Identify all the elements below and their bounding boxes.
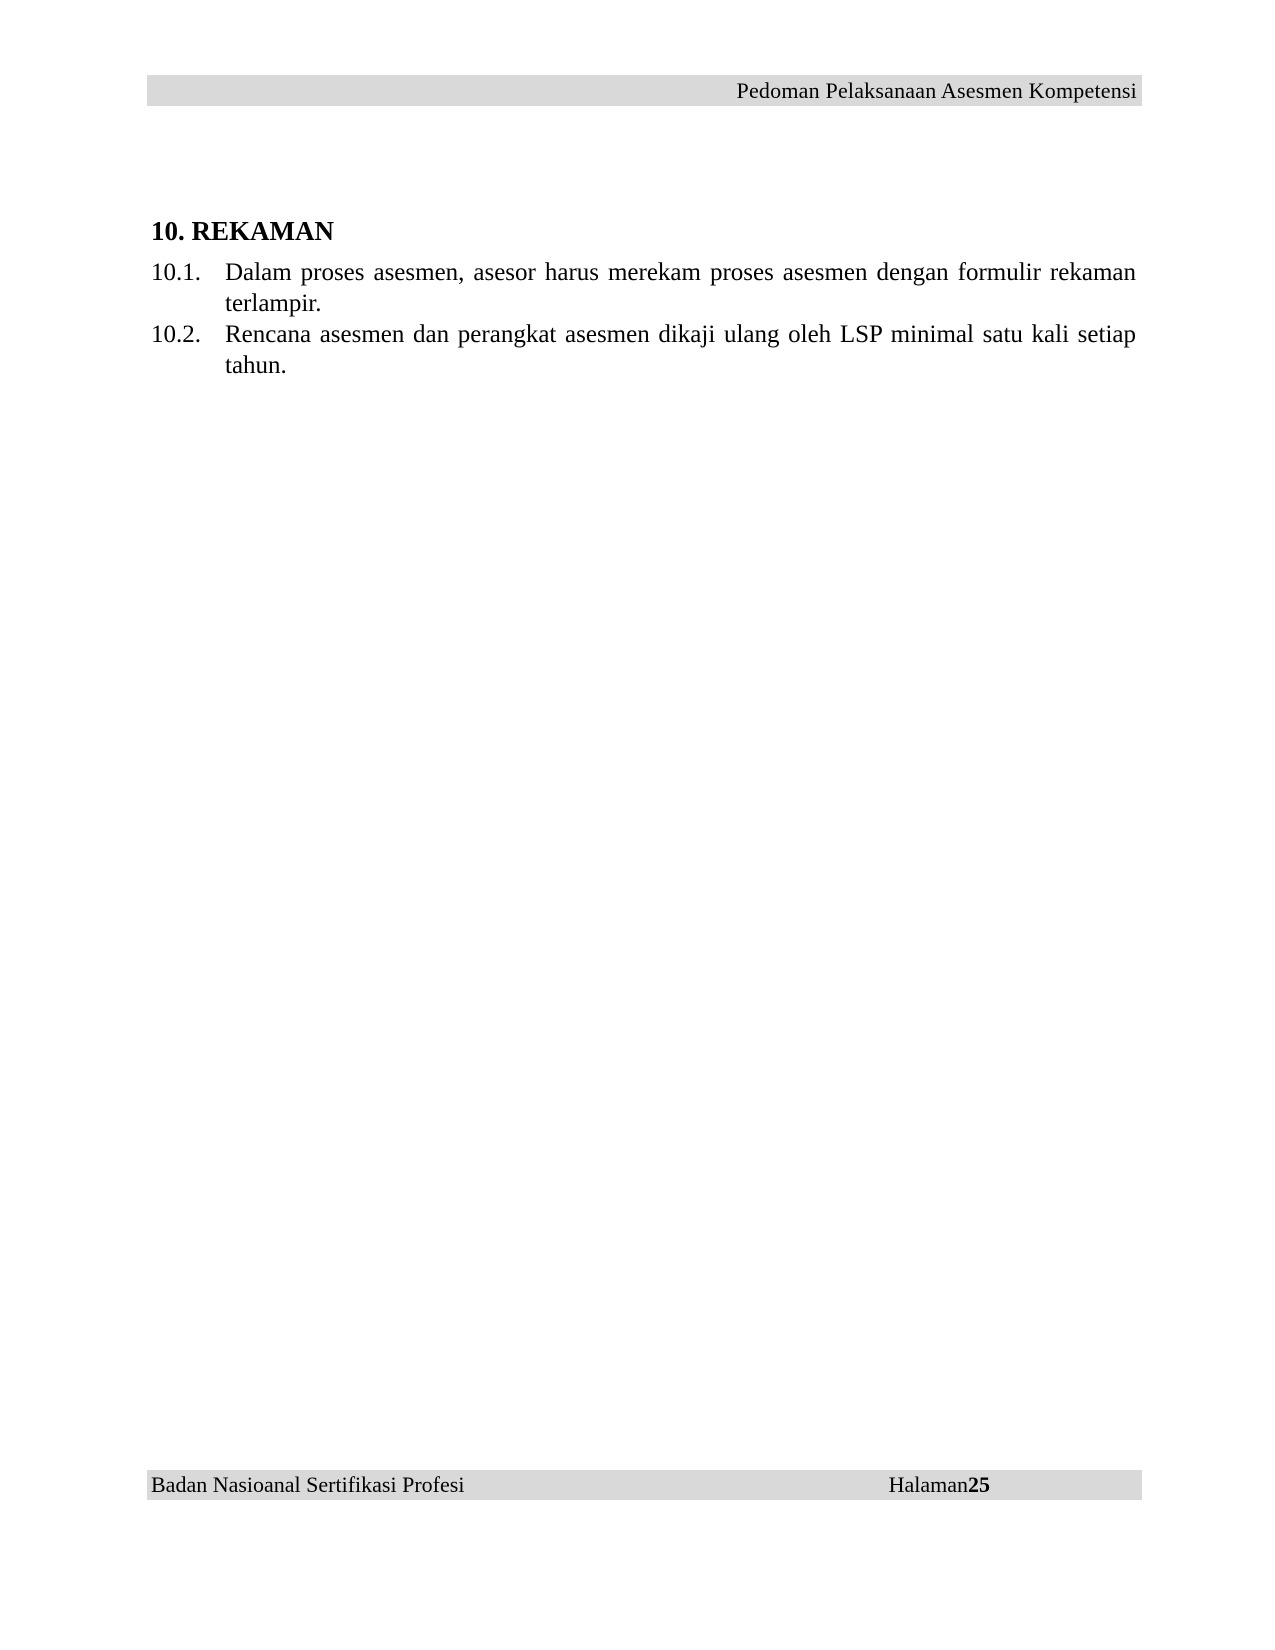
list-item: 10.2. Rencana asesmen dan perangkat ases… — [151, 319, 1136, 381]
page-header: Pedoman Pelaksanaan Asesmen Kompetensi — [147, 75, 1142, 106]
footer-organization: Badan Nasioanal Sertifikasi Profesi — [151, 1472, 889, 1498]
item-text: Dalam proses asesmen, asesor harus merek… — [225, 257, 1136, 319]
section-item-list: 10.1. Dalam proses asesmen, asesor harus… — [151, 257, 1136, 381]
page-indicator: Halaman25 — [889, 1472, 990, 1498]
item-text: Rencana asesmen dan perangkat asesmen di… — [225, 319, 1136, 381]
list-item: 10.1. Dalam proses asesmen, asesor harus… — [151, 257, 1136, 319]
section-rekaman: 10. REKAMAN 10.1. Dalam proses asesmen, … — [151, 213, 1136, 381]
page-footer: Badan Nasioanal Sertifikasi Profesi Hala… — [147, 1470, 1142, 1500]
item-number: 10.1. — [151, 257, 225, 319]
page-number: 25 — [968, 1472, 990, 1497]
item-number: 10.2. — [151, 319, 225, 381]
header-title: Pedoman Pelaksanaan Asesmen Kompetensi — [737, 78, 1137, 104]
section-title: 10. REKAMAN — [151, 213, 1136, 249]
page-label: Halaman — [889, 1472, 968, 1497]
